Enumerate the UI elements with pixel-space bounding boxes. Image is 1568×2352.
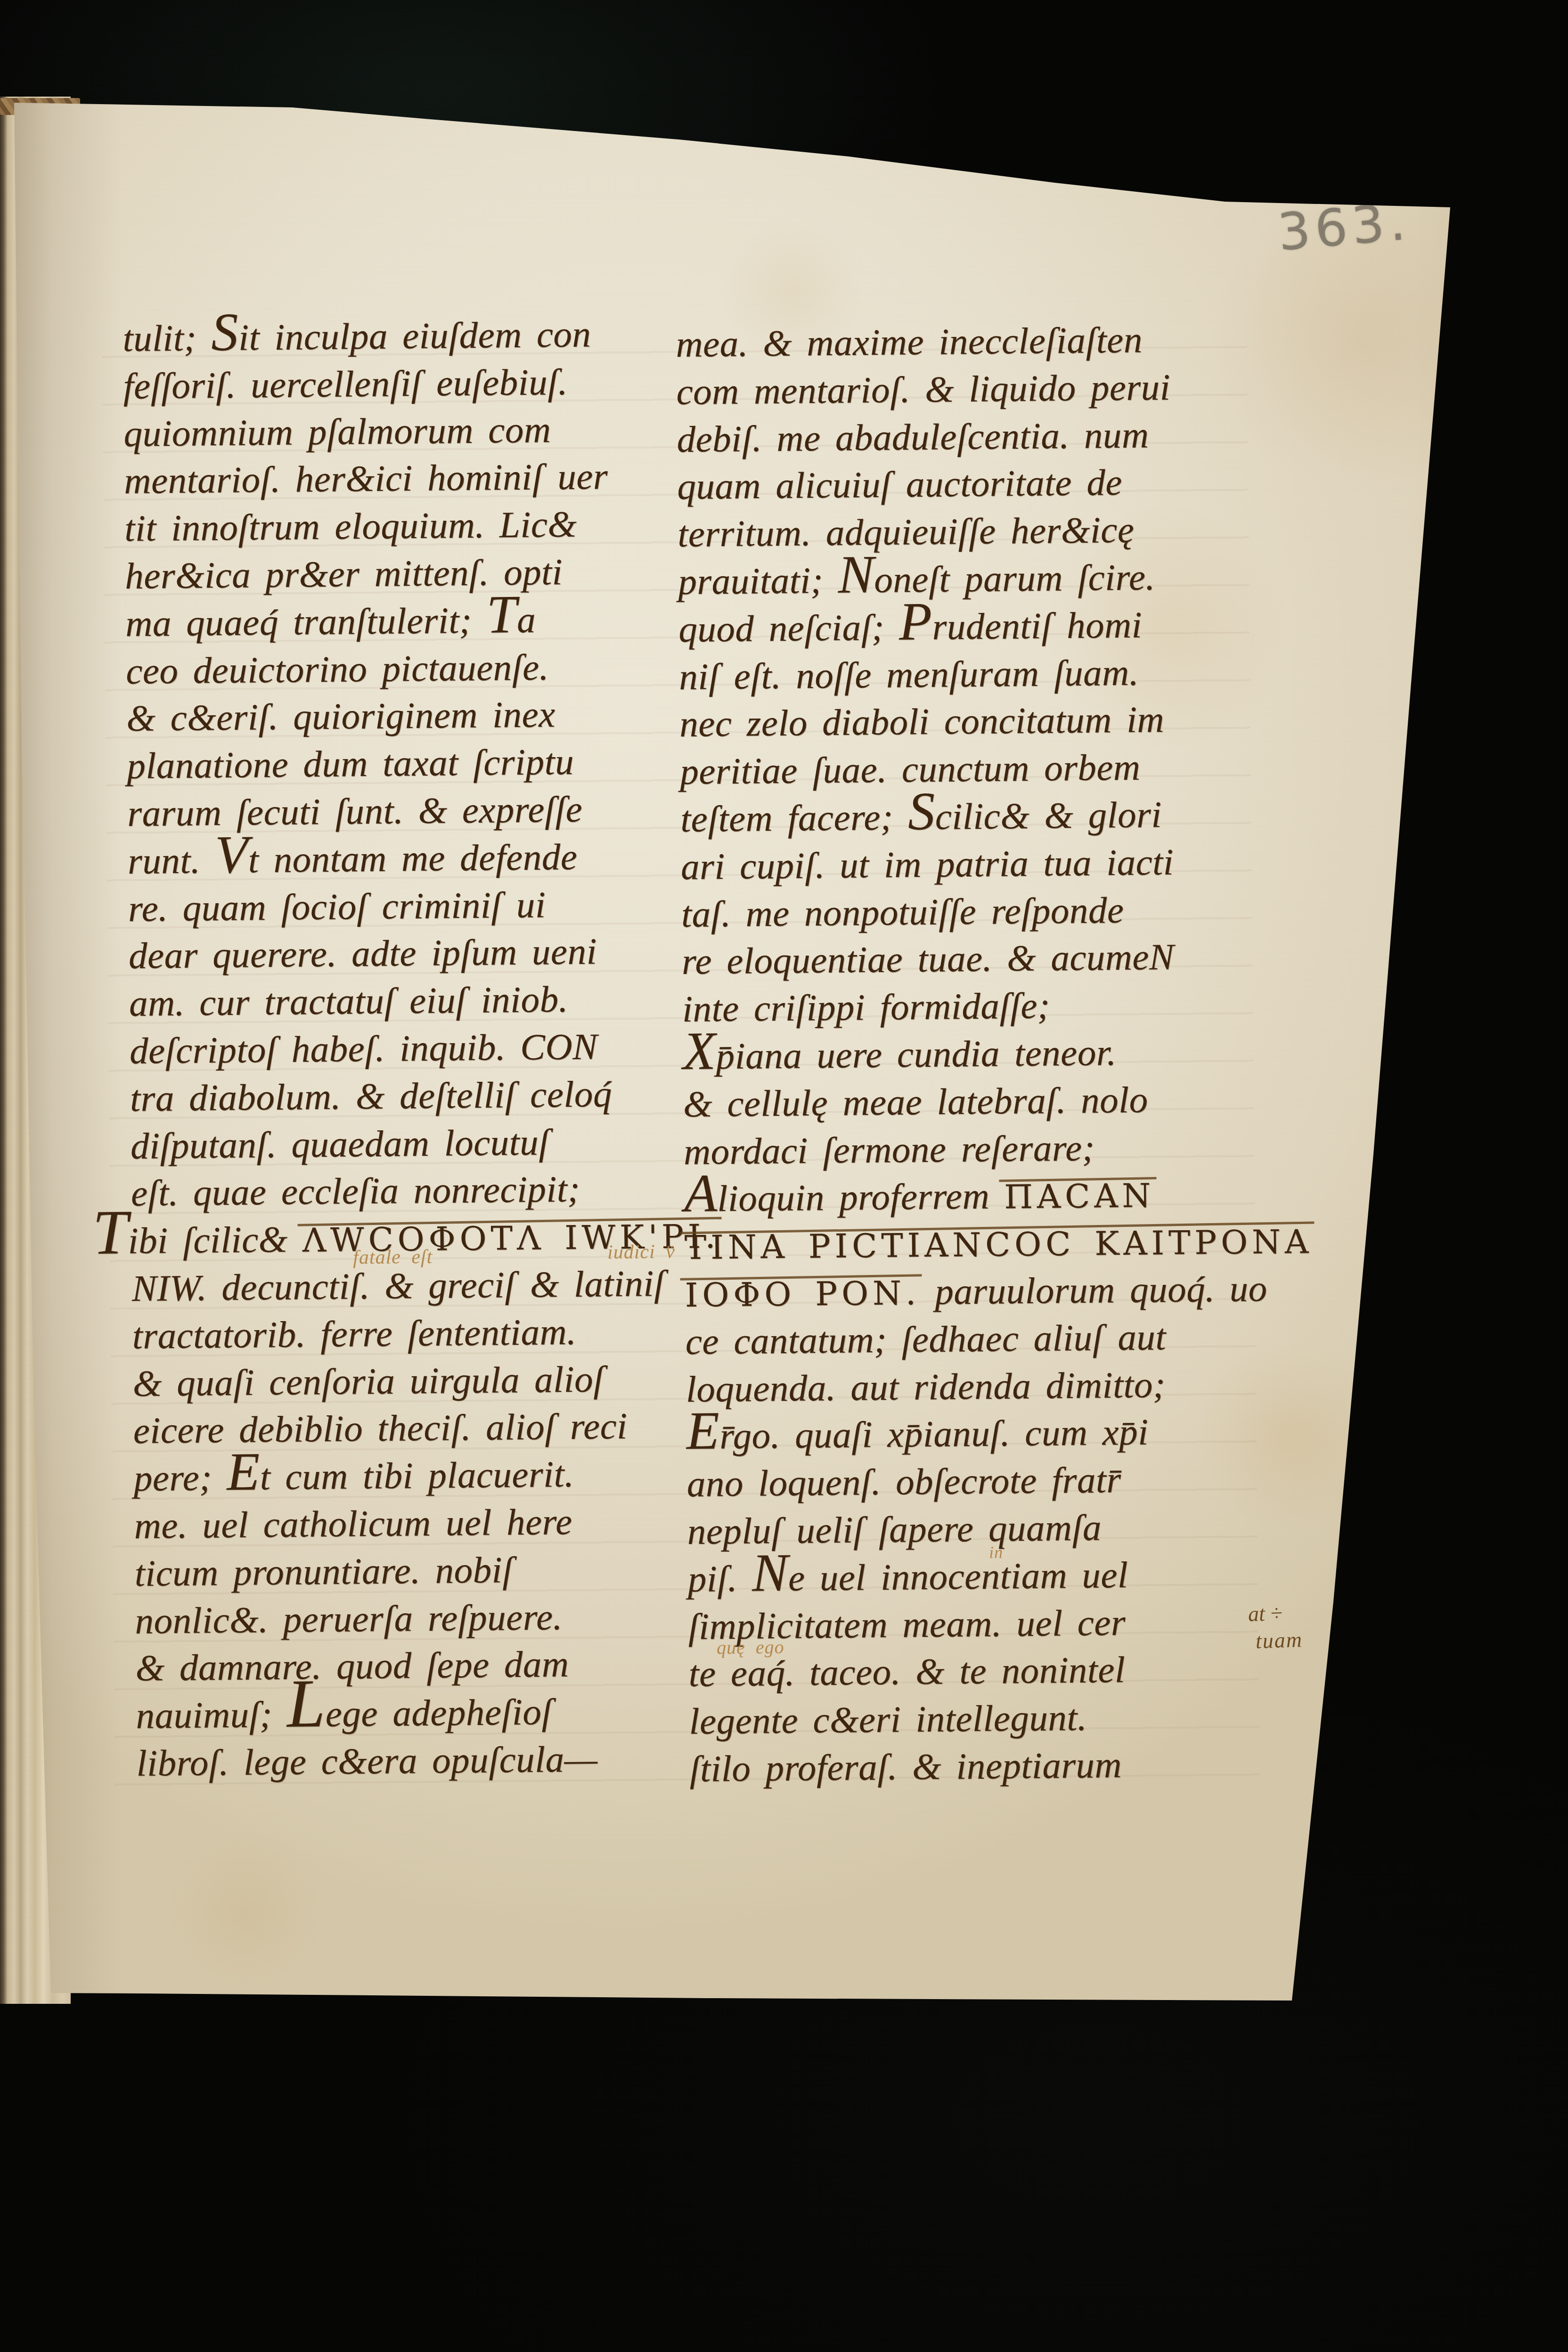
text-run: & quaſi cenſoria uirgula alioſ [132,1359,604,1405]
text-line: & quaſi cenſoria uirgula alioſ [132,1355,682,1408]
text-run: re. quam ſocioſ criminiſ ui [128,884,546,930]
text-line: eicere debiblio theciſ. alioſ reci [133,1403,682,1455]
text-line: ari cupiſ. ut im patria tua iacti [681,839,1230,891]
text-line: & c&eriſ. quioriginem inex [126,690,676,743]
text-run: NIW. decunctiſ. & greciſ & latiniſ [131,1263,664,1309]
text-line: mea. & maxime ineccleſiaſten [676,316,1225,369]
text-line: rarum ſecuti ſunt. & expreſſe [127,785,677,838]
text-run: & cellulę meae latebraſ. nolo [683,1079,1148,1125]
photo-background: 363. tulit; Sit inculpa eiuſdem confeſſo… [0,0,1568,2352]
text-run: teſtem facere; [680,797,908,840]
text-line: eſt. quae eccleſia nonrecipit; [131,1165,680,1218]
text-line: & cellulę meae latebraſ. nolo [683,1076,1232,1128]
text-run: mentarioſ. her&ici hominiſ uer [124,457,608,502]
text-run: ma quaeq́ tranſtulerit; [125,600,487,644]
text-run: me. uel catholicum uel here [134,1502,572,1547]
text-line: Xp̄iana uere cundia teneor. [683,1029,1232,1081]
text-run: tra diabolum. & deſtelliſ celoq́ [130,1074,612,1119]
text-run: taſ. me nonpotuiſſe reſponde [681,890,1124,935]
text-line: teſtem facere; Scilic& & glori [680,791,1230,844]
text-line: nec zelo diaboli concitatum im [679,696,1229,749]
margin-note-line: tuam [1255,1626,1303,1655]
text-run: runt. [128,840,215,882]
text-line: territum. adquieuiſſe her&icę [678,506,1227,559]
text-run: e uel innocentiam uel [788,1555,1128,1599]
text-run: pere; [133,1457,227,1499]
text-line: tit innoſtrum eloquium. Lic& [124,500,674,553]
interlinear-gloss: quę ego [717,1638,784,1657]
text-line: ce cantatum; ſedhaec aliuſ aut [685,1313,1234,1366]
text-run: rarum ſecuti ſunt. & expreſſe [127,789,583,834]
text-run: ano loquenſ. obſecrote fratr̄ [686,1460,1121,1505]
text-line: loquenda. aut ridenda dimitto; [686,1361,1235,1413]
text-line: & damnare. quod ſepe dam [135,1640,685,1693]
text-run: dear querere. adte ipſum ueni [129,931,597,977]
text-line: prauitati; Noneſt parum ſcire. [678,554,1227,606]
initial-capital: V [215,824,249,884]
text-run: paruulorum quoq́. uo [920,1268,1267,1313]
text-run: prauitati; [678,560,838,603]
text-run: quod neſciaſ; [678,607,899,650]
text-run: re eloquentiae tuae. & acumeN [682,937,1175,982]
initial-capital: P [898,591,932,652]
text-line: tulit; Sit inculpa eiuſdem con [122,310,672,363]
text-run: planatione dum taxat ſcriptu [127,742,574,787]
text-line: ma quaeq́ tranſtulerit; Ta [125,596,675,648]
text-run: ticum pronuntiare. nobiſ [134,1550,513,1594]
text-run: t nontam me defende [248,837,577,881]
greek-text: ΤΙΝΑ ΡΙCΤΙΑΝCΟC ΚΑΙΤΡΟΝΑ [684,1223,1313,1267]
text-run: ſtilo proferaſ. & ineptiarum [689,1745,1122,1790]
text-run: cilic& & glori [935,794,1162,838]
text-run: mordaci ſermone reſerare; [684,1127,1095,1172]
text-run: am. cur tractatuſ eiuſ iniob. [129,979,569,1024]
text-line: peritiae ſuae. cunctum orbem [680,743,1229,796]
text-run: a [516,599,536,640]
text-line: libroſ. lege c&era opuſcula— [136,1735,686,1788]
text-run: nonlic&. peruerſa reſpuere. [135,1597,563,1642]
text-line: nonlic&. peruerſa reſpuere. [135,1592,684,1645]
text-line: ΙΟΦΟ ΡΟΝ. paruulorum quoq́. uo [685,1266,1234,1319]
initial-capital: A [684,1163,718,1224]
text-run: & c&eriſ. quioriginem inex [126,694,555,740]
text-run: deſcriptoſ habeſ. inquib. CON [130,1026,598,1072]
text-line: planatione dum taxat ſcriptu [127,738,676,791]
initial-capital: S [211,302,239,362]
text-line: re. quam ſocioſ criminiſ ui [128,880,678,933]
text-run: eicere debiblio theciſ. alioſ reci [133,1406,628,1452]
manuscript-page: 363. tulit; Sit inculpa eiuſdem confeſſo… [0,0,1568,2352]
text-run: quiomnium pſalmorum com [123,409,551,455]
text-run: lioquin proferrem [717,1176,1004,1220]
right-text-column: mea. & maxime ineccleſiaſtencom mentario… [676,316,1239,1794]
text-line: tractatorib. ferre ſententiam. [132,1307,681,1360]
text-line: nauimuſ; Lege adepheſioſ [136,1688,685,1740]
text-line: mordaci ſermone reſerare; [683,1123,1233,1176]
initial-capital: E [686,1401,720,1461]
left-text-column: tulit; Sit inculpa eiuſdem confeſſoriſ. … [122,310,686,1788]
folio-number: 363. [1275,192,1412,262]
greek-text: ΠΑCΑΝ [1004,1177,1155,1217]
text-line: com mentarioſ. & liquido perui [676,364,1225,416]
text-line: Tibi ſcilic& ΛWCOΦOTΛ IWK'PI.fatale eſti… [131,1213,680,1266]
text-run: com mentarioſ. & liquido perui [676,367,1170,413]
initial-capital: S [907,781,935,841]
text-run: legente c&eri intellegunt. [689,1698,1087,1742]
margin-note: at ÷ tuam [1248,1599,1303,1655]
text-line: taſ. me nonpotuiſſe reſponde [681,886,1231,939]
text-line: Er̄go. quaſi xp̄ianuſ. cum xp̄i [686,1408,1235,1461]
initial-capital: N [838,544,874,604]
text-run: tulit; [122,318,212,359]
text-run: niſ eſt. noſſe menſuram ſuam. [679,652,1139,697]
initial-capital: L [286,1665,326,1742]
text-run: mea. & maxime ineccleſiaſten [676,319,1143,365]
text-line: ceo deuictorino pictauenſe. [126,643,675,695]
text-line: her&ica pr&er mittenſ. opti [125,548,674,601]
initial-capital: E [226,1441,260,1502]
text-line: quiomnium pſalmorum com [123,405,673,458]
text-run: debiſ. me abaduleſcentia. num [677,415,1149,460]
initial-capital: T [486,584,517,645]
text-line: ΤΙΝΑ ΡΙCΤΙΑΝCΟC ΚΑΙΤΡΟΝΑ [684,1218,1233,1271]
text-run: r̄go. quaſi xp̄ianuſ. cum xp̄i [719,1412,1149,1457]
text-run: nauimuſ; [136,1694,287,1737]
text-line: te eaq́. taceo. & te nonintelquę ego [688,1646,1238,1699]
text-run: inte criſippi formidaſſe; [682,986,1050,1030]
text-line: dear querere. adte ipſum ueni [129,928,678,980]
text-run: & damnare. quod ſepe dam [135,1644,569,1689]
text-run: ibi ſcilic& [128,1219,302,1262]
text-run: ceo deuictorino pictauenſe. [126,647,549,692]
text-line: Alioquin proferrem ΠΑCΑΝ [684,1171,1233,1224]
text-line: quam alicuiuſ auctoritate de [677,458,1226,511]
text-run: territum. adquieuiſſe her&icę [678,510,1135,555]
text-run: loquenda. aut ridenda dimitto; [686,1364,1166,1410]
text-run: it inculpa eiuſdem con [238,314,591,358]
margin-note-line: at ÷ [1248,1599,1302,1628]
text-line: ticum pronuntiare. nobiſ [134,1545,684,1598]
text-run: ari cupiſ. ut im patria tua iacti [681,842,1174,888]
text-line: legente c&eri intellegunt. [689,1693,1238,1746]
text-line: am. cur tractatuſ eiuſ iniob. [129,975,678,1028]
text-line: me. uel catholicum uel here [134,1498,683,1551]
text-run: diſputanſ. quaedam locutuſ [131,1122,549,1167]
text-run: p̄iana uere cundia teneor. [716,1032,1117,1077]
greek-text: ΙΟΦΟ ΡΟΝ. [685,1274,920,1315]
text-run: feſſoriſ. uercellenſiſ euſebiuſ. [123,362,568,407]
text-line: ano loquenſ. obſecrote fratr̄ [686,1456,1236,1509]
interlinear-gloss: in [989,1543,1003,1560]
text-line: diſputanſ. quaedam locutuſ [130,1118,679,1170]
text-line: tra diabolum. & deſtelliſ celoq́ [130,1070,679,1123]
text-line: pere; Et cum tibi placuerit. [133,1450,683,1503]
text-run: ce cantatum; ſedhaec aliuſ aut [685,1317,1166,1363]
text-line: mentarioſ. her&ici hominiſ uer [124,453,673,506]
text-run: tit innoſtrum eloquium. Lic& [124,504,577,549]
text-run: tractatorib. ferre ſententiam. [132,1312,576,1357]
text-line: deſcriptoſ habeſ. inquib. CON [130,1023,679,1076]
text-run: libroſ. lege c&era opuſcula— [136,1739,598,1784]
text-line: ſtilo proferaſ. & ineptiarum [689,1741,1239,1794]
text-line: NIW. decunctiſ. & greciſ & latiniſ [131,1260,681,1313]
text-line: re eloquentiae tuae. & acumeN [682,933,1231,986]
text-line: runt. Vt nontam me defende [128,833,677,886]
text-line: inte criſippi formidaſſe; [682,981,1232,1034]
initial-capital: X [682,1021,716,1081]
text-line: piſ. Ne uel innocentiam uelin [687,1551,1237,1603]
text-line: feſſoriſ. uercellenſiſ euſebiuſ. [123,358,672,411]
text-line: niſ eſt. noſſe menſuram ſuam. [679,648,1228,701]
initial-capital: T [92,1197,128,1268]
text-run: ege adepheſioſ [325,1691,552,1735]
initial-capital: N [751,1543,788,1603]
text-line: quod neſciaſ; Prudentiſ homi [678,601,1228,654]
text-run: t cum tibi placuerit. [260,1454,574,1498]
text-run: piſ. [687,1558,752,1600]
text-run: quam alicuiuſ auctoritate de [677,462,1122,507]
text-run: rudentiſ homi [932,604,1142,647]
text-run: nepluſ ueliſ ſapere quamſa [687,1507,1102,1552]
text-line: debiſ. me abaduleſcentia. num [677,411,1226,464]
text-run: nec zelo diaboli concitatum im [679,699,1165,745]
text-run: eſt. quae eccleſia nonrecipit; [131,1169,580,1214]
interlinear-gloss: iudici v̈ [607,1242,675,1262]
